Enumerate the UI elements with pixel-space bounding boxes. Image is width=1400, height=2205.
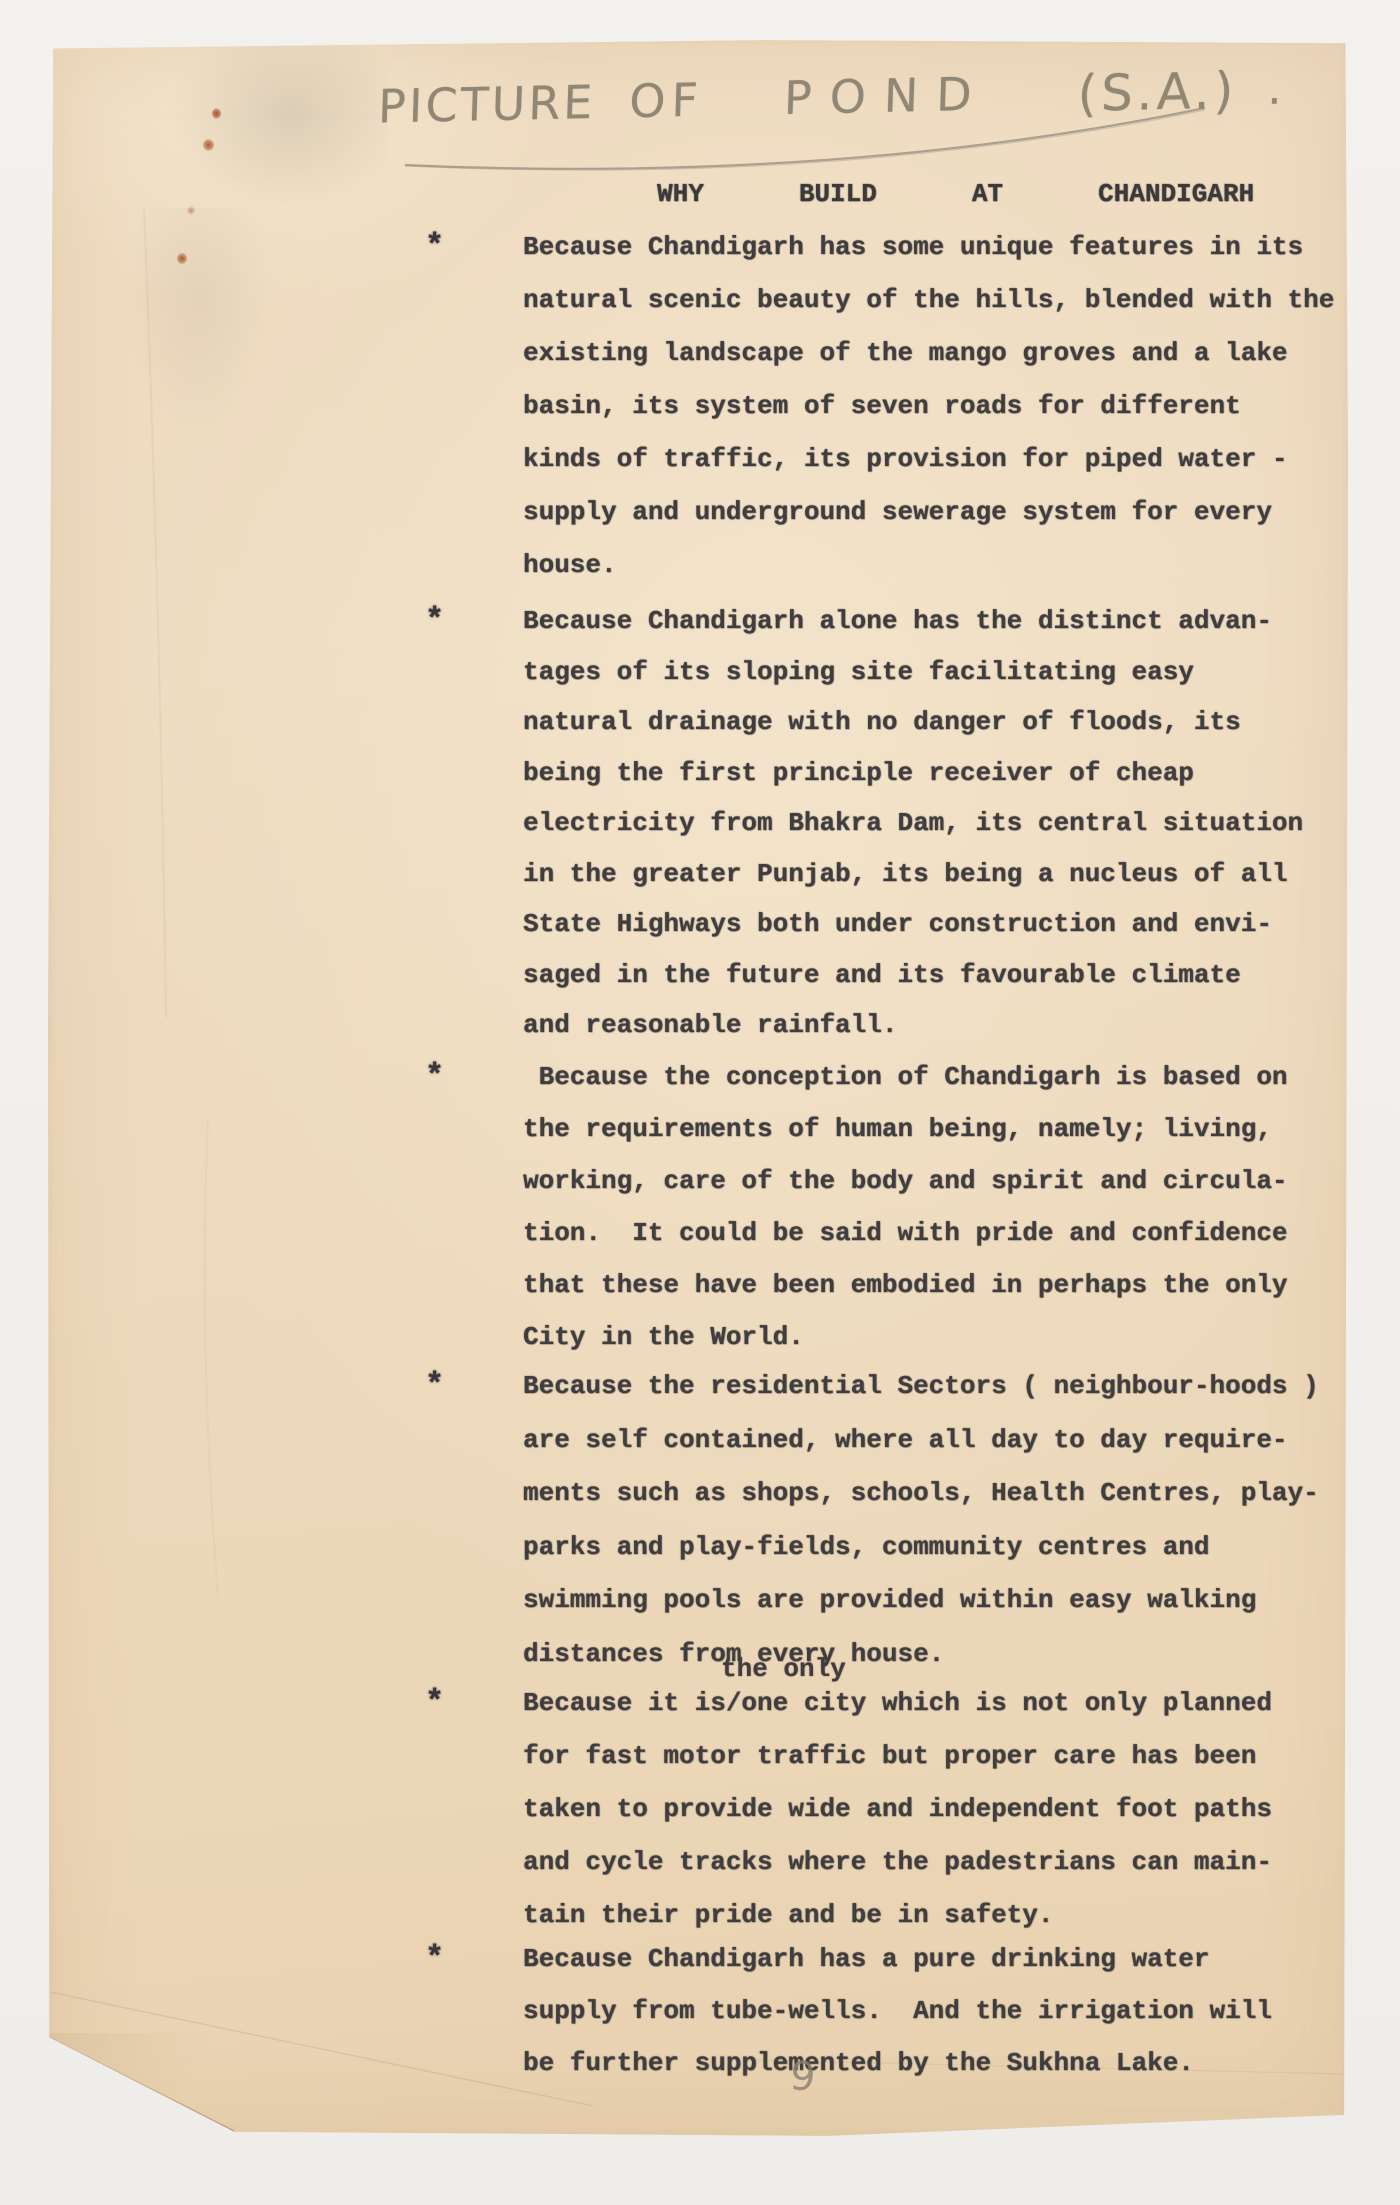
handwritten-digit: 9: [788, 2053, 817, 2101]
typed-line: be further supplemented by the Sukhna La…: [523, 2048, 1338, 2100]
bullet-asterisk: *: [425, 1058, 444, 1095]
bullet-paragraph: * the onlyBecause it is/one city which i…: [425, 1688, 1338, 1953]
typed-line: the requirements of human being, namely;…: [523, 1114, 1338, 1166]
typed-line: natural drainage with no danger of flood…: [523, 707, 1338, 758]
typed-line: Because the conception of Chandigarh is …: [523, 1062, 1338, 1114]
typed-line: Because Chandigarh has some unique featu…: [523, 232, 1338, 285]
typed-line: house.: [523, 550, 1338, 603]
typed-line: being the first principle receiver of ch…: [523, 758, 1338, 809]
typed-insertion: the only: [721, 1654, 846, 1684]
typed-line: and cycle tracks where the padestrians c…: [523, 1847, 1338, 1900]
typed-line: State Highways both under construction a…: [523, 909, 1338, 960]
bullet-paragraph: * Because the conception of Chandigarh i…: [425, 1062, 1338, 1374]
typed-line: supply and underground sewerage system f…: [523, 497, 1338, 550]
typed-line: ments such as shops, schools, Health Cen…: [523, 1478, 1338, 1532]
typed-line: Because Chandigarh alone has the distinc…: [523, 606, 1338, 657]
typed-line: basin, its system of seven roads for dif…: [523, 391, 1338, 444]
bullet-paragraph: * Because Chandigarh alone has the disti…: [425, 606, 1338, 1061]
scanned-document-screenshot: { "document": { "handwritten_note": { "w…: [0, 0, 1400, 2205]
typed-line: existing landscape of the mango groves a…: [523, 338, 1338, 391]
typed-line: Because the residential Sectors ( neighb…: [523, 1371, 1338, 1425]
bullet-asterisk: *: [425, 228, 444, 265]
typed-line: for fast motor traffic but proper care h…: [523, 1741, 1338, 1794]
typed-line: taken to provide wide and independent fo…: [523, 1794, 1338, 1847]
bullet-paragraph: * Because Chandigarh has some unique fea…: [425, 232, 1338, 603]
typed-line: working, care of the body and spirit and…: [523, 1166, 1338, 1218]
paragraphs: * Because Chandigarh has some unique fea…: [48, 38, 1348, 2138]
paragraph-lines: Because Chandigarh has a pure drinking w…: [523, 1944, 1338, 2100]
paragraph-lines: the onlyBecause it is/one city which is …: [523, 1688, 1338, 1953]
bullet-asterisk: *: [425, 602, 444, 639]
paragraph-lines: Because Chandigarh alone has the distinc…: [523, 606, 1338, 1061]
typed-line: Because it is/one city which is not only…: [523, 1688, 1338, 1741]
typed-line: and reasonable rainfall.: [523, 1010, 1338, 1061]
paragraph-lines: Because Chandigarh has some unique featu…: [523, 232, 1338, 603]
bullet-asterisk: *: [425, 1940, 444, 1977]
typed-line: supply from tube-wells. And the irrigati…: [523, 1996, 1338, 2048]
typed-line: tages of its sloping site facilitating e…: [523, 657, 1338, 708]
typed-line: parks and play-fields, community centres…: [523, 1532, 1338, 1586]
typed-line: electricity from Bhakra Dam, its central…: [523, 808, 1338, 859]
document-page: PICTURE OF POND (S.A.) . WHY BUILD AT CH…: [48, 38, 1348, 2138]
bullet-asterisk: *: [425, 1367, 444, 1404]
typed-line: that these have been embodied in perhaps…: [523, 1270, 1338, 1322]
typed-line: saged in the future and its favourable c…: [523, 960, 1338, 1011]
typed-line: City in the World.: [523, 1322, 1338, 1374]
paragraph-lines: Because the residential Sectors ( neighb…: [523, 1371, 1338, 1692]
typed-line: swimming pools are provided within easy …: [523, 1585, 1338, 1639]
paragraph-lines: Because the conception of Chandigarh is …: [523, 1062, 1338, 1374]
typed-line: are self contained, where all day to day…: [523, 1425, 1338, 1479]
bullet-asterisk: *: [425, 1684, 444, 1721]
bullet-paragraph: * Because Chandigarh has a pure drinking…: [425, 1944, 1338, 2100]
typed-line: kinds of traffic, its provision for pipe…: [523, 444, 1338, 497]
typed-line: in the greater Punjab, its being a nucle…: [523, 859, 1338, 910]
bullet-paragraph: * Because the residential Sectors ( neig…: [425, 1371, 1338, 1692]
typed-line: Because Chandigarh has a pure drinking w…: [523, 1944, 1338, 1996]
typed-line: tion. It could be said with pride and co…: [523, 1218, 1338, 1270]
typed-line: distances from every house.: [523, 1639, 1338, 1693]
typed-line: natural scenic beauty of the hills, blen…: [523, 285, 1338, 338]
